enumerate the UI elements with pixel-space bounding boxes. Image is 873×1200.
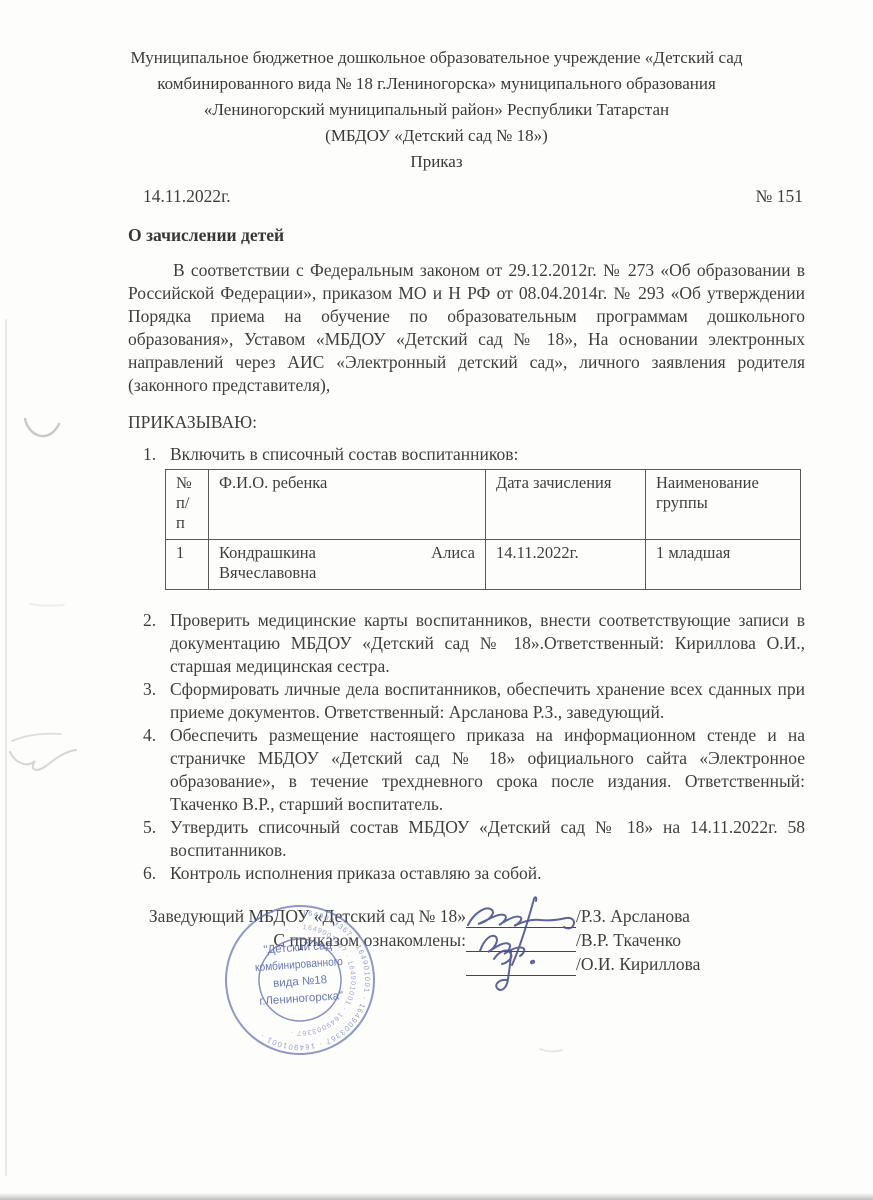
doc-subject: О зачислении детей [128, 224, 873, 247]
scan-mark-smudge [30, 604, 64, 606]
item-text: Обеспечить размещение настоящего приказа… [170, 724, 805, 816]
cell-fio: Кондрашкина Алиса Вячеславовна [209, 540, 486, 590]
org-name-line-2: комбинированного вида № 18 г.Лениногорск… [0, 71, 873, 97]
signature-block: Заведующий МБДОУ «Детский сад № 18» /Р.З… [128, 904, 805, 976]
col-header-num: № п/п [166, 470, 209, 540]
scan-artifacts [0, 0, 873, 1200]
doc-date: 14.11.2022г. [143, 185, 231, 208]
cell-group: 1 младшая [646, 540, 801, 590]
doc-type-title: Приказ [0, 149, 873, 175]
org-name-line-3: «Лениногорский муниципальный район» Респ… [0, 97, 873, 123]
letterhead: Муниципальное бюджетное дошкольное образ… [0, 0, 873, 175]
signature-label: Заведующий МБДОУ «Детский сад № 18» [128, 904, 466, 928]
signature-line [466, 954, 576, 976]
item-text: Сформировать личные дела воспитанников, … [170, 678, 805, 724]
org-name-line-4: (МБДОУ «Детский сад № 18») [0, 123, 873, 149]
item-number: 2. [143, 609, 170, 678]
col-header-fio: Ф.И.О. ребенка [209, 470, 486, 540]
enrollment-table: № п/п Ф.И.О. ребенка Дата зачисления Наи… [165, 469, 801, 590]
org-name-line-1: Муниципальное бюджетное дошкольное образ… [0, 45, 873, 71]
order-item-4: 4. Обеспечить размещение настоящего прик… [143, 724, 805, 816]
signature-line [466, 906, 576, 928]
signature-name: /Р.З. Арсланова [576, 904, 690, 928]
preamble-paragraph: В соответствии с Федеральным законом от … [128, 259, 805, 397]
meta-row: 14.11.2022г. № 151 [143, 185, 803, 208]
stamp-center-line-4: г.Лениногорска" [259, 990, 344, 1008]
col-header-date: Дата зачисления [486, 470, 646, 540]
scan-bottom-shadow [0, 1193, 873, 1200]
order-item-2: 2. Проверить медицинские карты воспитанн… [143, 609, 805, 678]
scan-mark-arc [25, 419, 59, 436]
item-number: 4. [143, 724, 170, 816]
signature-line [466, 930, 576, 952]
cell-date: 14.11.2022г. [486, 540, 646, 590]
signature-label: С приказом ознакомлены: [128, 928, 466, 952]
fio-line-2: Вячеславовна [219, 563, 475, 583]
order-item-1: 1. Включить в списочный состав воспитанн… [143, 443, 805, 466]
scan-mark-wave-bottom [10, 750, 76, 770]
signature-name: /О.И. Кириллова [576, 952, 700, 976]
doc-number: № 151 [756, 185, 803, 208]
fio-middle: Алиса [431, 543, 475, 563]
signature-row-3: /О.И. Кириллова [128, 952, 805, 976]
signature-row-1: Заведующий МБДОУ «Детский сад № 18» /Р.З… [128, 904, 805, 928]
scan-mark-wave-top [12, 734, 61, 741]
order-item-5: 5. Утвердить списочный состав МБДОУ «Дет… [143, 816, 805, 862]
signature-name: /В.Р. Ткаченко [576, 928, 681, 952]
item-text: Утвердить списочный состав МБДОУ «Детски… [170, 816, 805, 862]
document-page: Муниципальное бюджетное дошкольное образ… [0, 0, 873, 1200]
item-text: Включить в списочный состав воспитаннико… [170, 443, 805, 466]
order-word: ПРИКАЗЫВАЮ: [128, 411, 873, 434]
table-row: 1 Кондрашкина Алиса Вячеславовна 14.11.2… [166, 540, 801, 590]
signature-stroke [494, 951, 534, 990]
order-item-6: 6. Контроль исполнения приказа оставляю … [143, 862, 805, 885]
item-number: 1. [143, 443, 170, 466]
item-number: 3. [143, 678, 170, 724]
cell-num: 1 [166, 540, 209, 590]
item-number: 5. [143, 816, 170, 862]
table-header-row: № п/п Ф.И.О. ребенка Дата зачисления Наи… [166, 470, 801, 540]
scan-mark-dot [540, 1049, 562, 1051]
signature-row-2: С приказом ознакомлены: /В.Р. Ткаченко [128, 928, 805, 952]
fio-first: Кондрашкина [219, 543, 316, 563]
stamp-center-line-3: вида №18 [273, 974, 328, 990]
item-text: Контроль исполнения приказа оставляю за … [170, 862, 805, 885]
col-header-group: Наименование группы [646, 470, 801, 540]
fio-line-1: Кондрашкина Алиса [219, 543, 475, 563]
item-text: Проверить медицинские карты воспитаннико… [170, 609, 805, 678]
item-number: 6. [143, 862, 170, 885]
signature-stroke [468, 908, 574, 928]
order-item-3: 3. Сформировать личные дела воспитаннико… [143, 678, 805, 724]
